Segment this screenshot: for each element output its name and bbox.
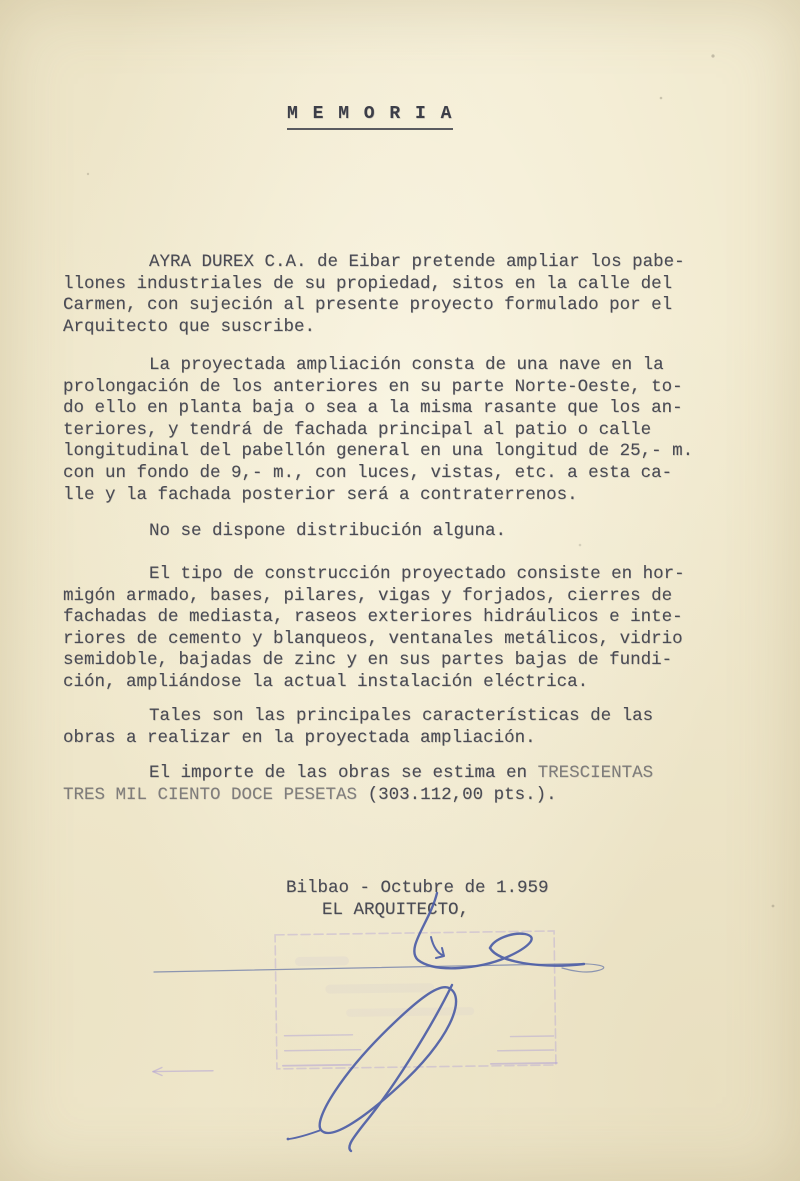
- text-line: teriores, y tendrá de fachada principal …: [63, 420, 743, 442]
- text-line: do ello en planta baja o sea a la misma …: [63, 398, 743, 420]
- paragraph-description: La proyectada ampliación consta de una n…: [63, 355, 743, 506]
- text-line: AYRA DUREX C.A. de Eibar pretende amplia…: [63, 252, 743, 274]
- text-line: riores de cemento y blanqueos, ventanale…: [63, 629, 743, 651]
- text-line: lle y la fachada posterior será a contra…: [63, 485, 743, 507]
- text-line: TRES MIL CIENTO DOCE PESETAS (303.112,00…: [63, 785, 743, 807]
- pen-rule-line: [154, 964, 604, 972]
- memoria-document-page: M E M O R I A AYRA DUREX C.A. de Eibar p…: [0, 0, 800, 1181]
- text-line: ción, ampliándose la actual instalación …: [63, 672, 743, 694]
- budget-amount-words: TRES MIL CIENTO DOCE PESETAS: [63, 785, 368, 805]
- memoria-title: M E M O R I A: [287, 104, 453, 130]
- text-line: semidoble, bajadas de zinc y en sus part…: [63, 650, 743, 672]
- text-line: llones industriales de su propiedad, sit…: [63, 274, 743, 296]
- paragraph-budget: El importe de las obras se estima en TRE…: [63, 763, 743, 806]
- budget-amount-words: TRESCIENTAS: [538, 763, 654, 783]
- budget-amount-figures: (303.112,00 pts.).: [368, 785, 557, 805]
- text-line: fachadas de mediasta, raseos exteriores …: [63, 607, 743, 629]
- text-line: Carmen, con sujeción al presente proyect…: [63, 295, 743, 317]
- text-line: El importe de las obras se estima en TRE…: [63, 763, 743, 785]
- text-line: Tales son las principales característica…: [63, 706, 743, 728]
- paragraph-summary: Tales son las principales característica…: [63, 706, 743, 749]
- text-line: El tipo de construcción proyectado consi…: [63, 564, 743, 586]
- place-date-line: Bilbao - Octubre de 1.959: [286, 878, 549, 899]
- architect-role-line: EL ARQUITECTO,: [322, 900, 469, 921]
- official-stamp-icon: [151, 931, 557, 1076]
- text-line: La proyectada ampliación consta de una n…: [63, 355, 743, 377]
- paragraph-construction: El tipo de construcción proyectado consi…: [63, 564, 743, 694]
- signature-flourish: [287, 893, 584, 1151]
- text-line: obras a realizar en la proyectada amplia…: [63, 728, 743, 750]
- budget-text: El importe de las obras se estima en: [149, 763, 538, 783]
- text-line: No se dispone distribución alguna.: [63, 521, 743, 543]
- paragraph-intro: AYRA DUREX C.A. de Eibar pretende amplia…: [63, 252, 743, 338]
- text-line: migón armado, bases, pilares, vigas y fo…: [63, 586, 743, 608]
- text-line: prolongación de los anteriores en su par…: [63, 377, 743, 399]
- text-line: Arquitecto que suscribe.: [63, 317, 743, 339]
- text-line: con un fondo de 9,- m., con luces, vista…: [63, 463, 743, 485]
- text-line: longitudinal del pabellón general en una…: [63, 441, 743, 463]
- paragraph-distribution: No se dispone distribución alguna.: [63, 521, 743, 543]
